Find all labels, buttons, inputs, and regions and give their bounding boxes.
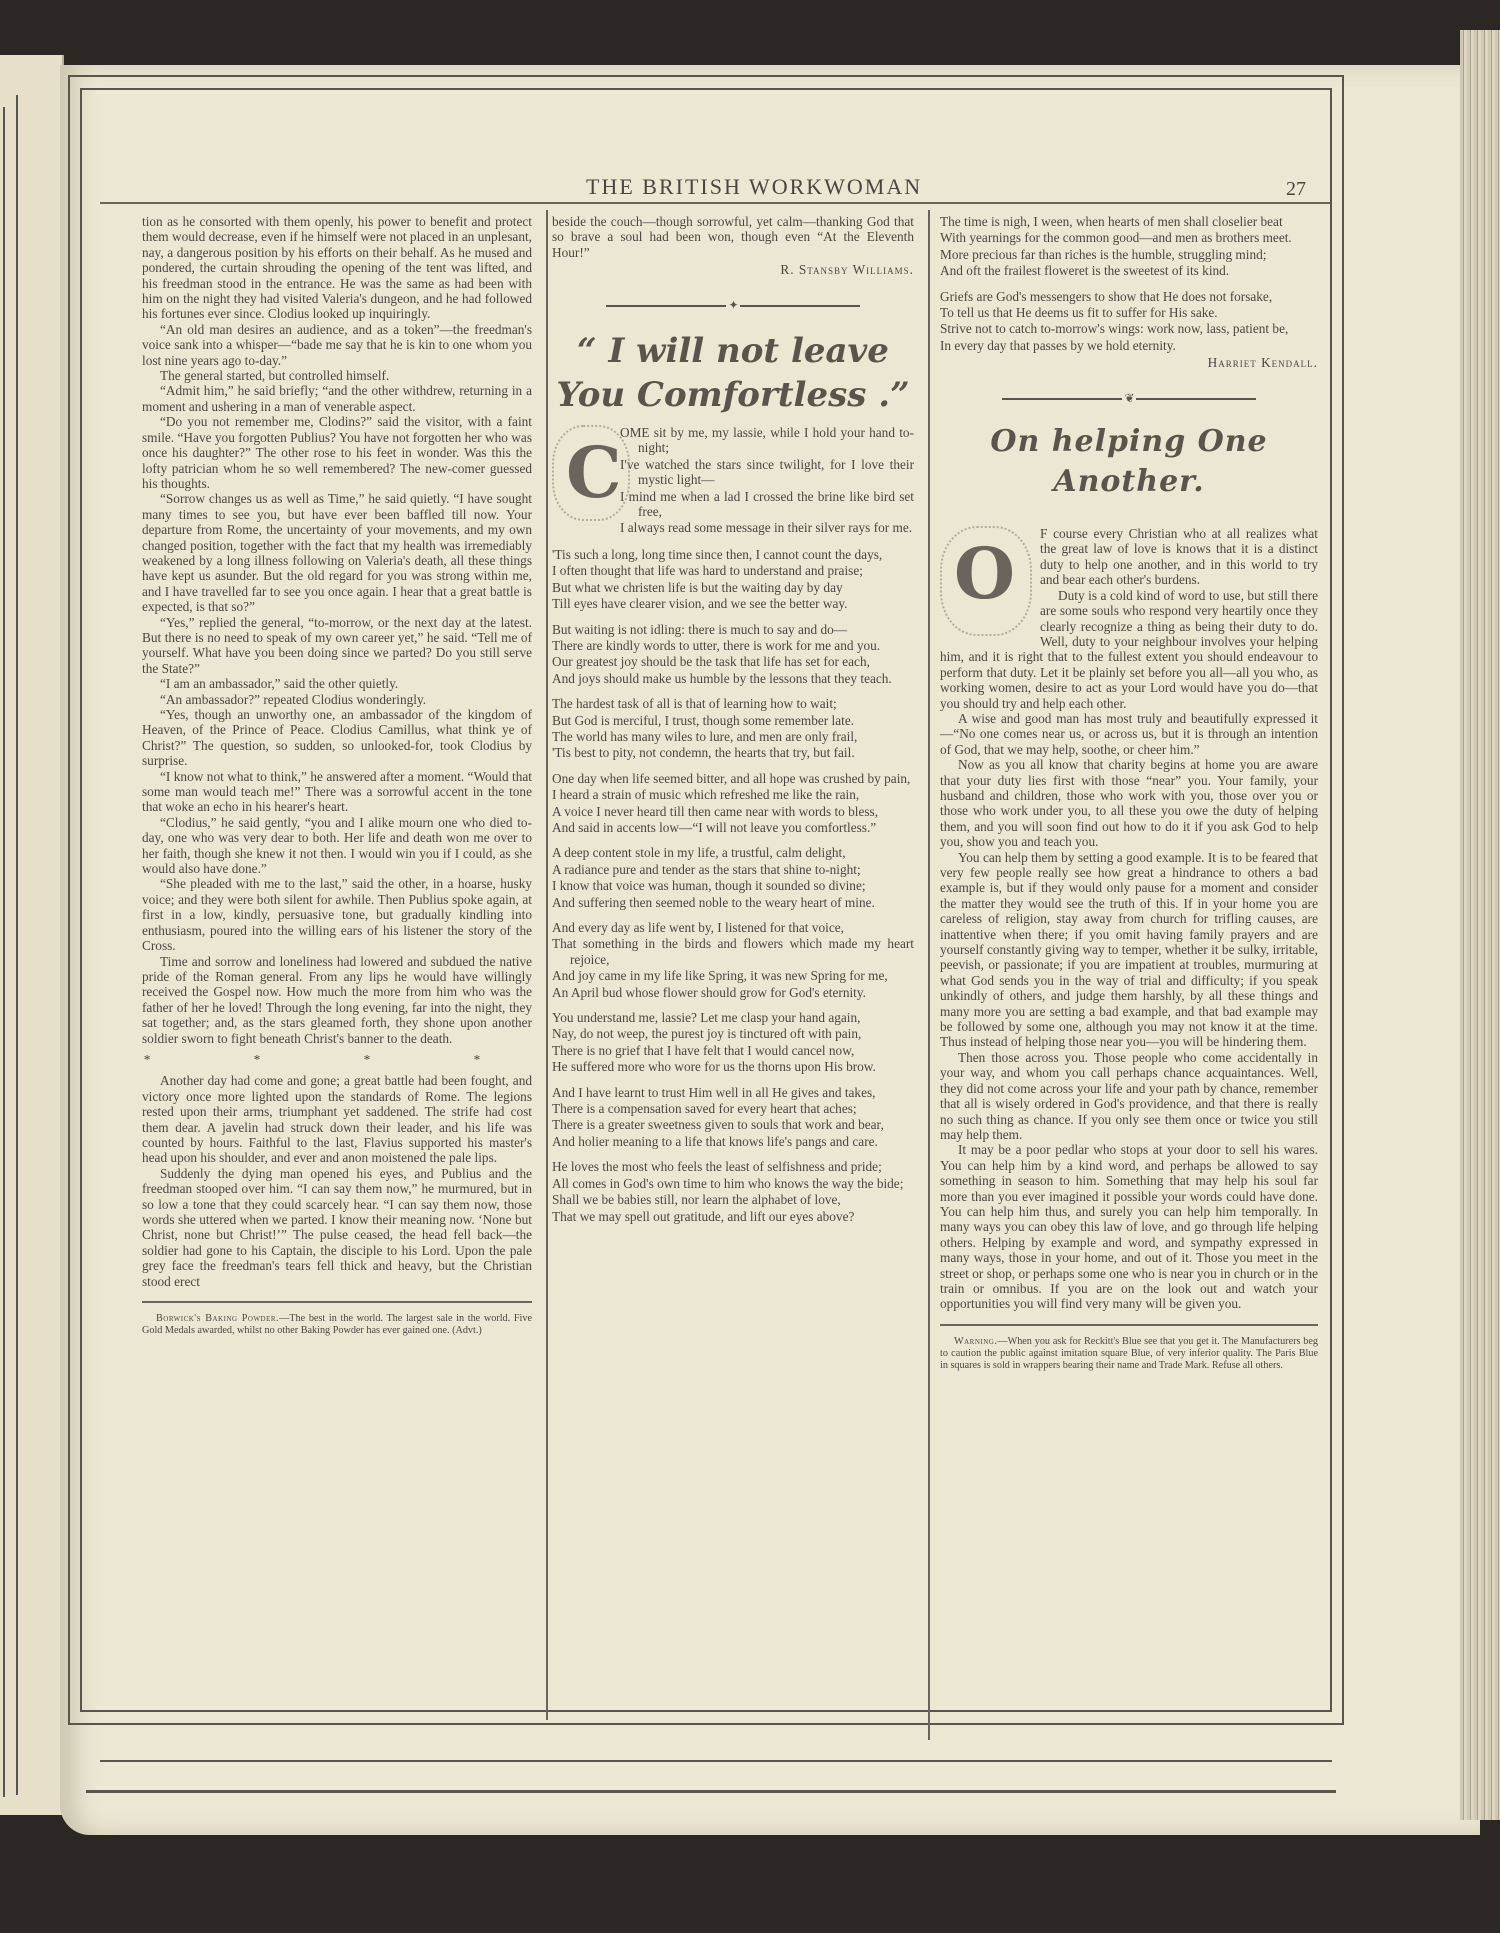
- column-divider: [928, 210, 930, 1740]
- paragraph: You can help them by setting a good exam…: [940, 850, 1318, 1050]
- poem-title: “ I will not leave You Comfortless .”: [552, 329, 914, 417]
- facing-page-rule: [0, 107, 5, 1797]
- paragraph: “I am an ambassador,” said the other qui…: [142, 676, 532, 691]
- advert-divider: [940, 1324, 1318, 1326]
- paragraph: “Yes,” replied the general, “to-morrow, …: [142, 615, 532, 677]
- paragraph: Now as you all know that charity begins …: [940, 757, 1318, 849]
- paragraph: Then those across you. Those people who …: [940, 1050, 1318, 1142]
- essay-title: On helping One Another.: [940, 422, 1318, 502]
- paragraph: It may be a poor pedlar who stops at you…: [940, 1142, 1318, 1311]
- verse-line: There is a compensation saved for every …: [552, 1101, 914, 1116]
- verse-line: The world has many wiles to lure, and me…: [552, 729, 914, 744]
- verse-line: But waiting is not idling: there is much…: [552, 622, 914, 637]
- verse-line: A deep content stole in my life, a trust…: [552, 845, 914, 860]
- verse-line: There are kindly words to utter, there i…: [552, 638, 914, 653]
- verse-line: You understand me, lassie? Let me clasp …: [552, 1010, 914, 1025]
- verse-line: Griefs are God's messengers to show that…: [940, 289, 1318, 304]
- column-divider: [546, 210, 548, 1720]
- page-number: 27: [1286, 178, 1306, 201]
- verse-line: Nay, do not weep, the purest joy is tinc…: [552, 1026, 914, 1041]
- verse-line: All comes in God's own time to him who k…: [552, 1176, 914, 1191]
- verse-line: Strive not to catch to-morrow's wings: w…: [940, 321, 1318, 336]
- column-essay: The time is nigh, I ween, when hearts of…: [940, 214, 1318, 1372]
- verse-line: 'Tis such a long, long time since then, …: [552, 547, 914, 562]
- verse-line: A radiance pure and tender as the stars …: [552, 862, 914, 877]
- verse-line: And joy came in my life like Spring, it …: [552, 968, 914, 983]
- verse-line: That we may spell out gratitude, and lif…: [552, 1209, 914, 1224]
- verse-line: Till eyes have clearer vision, and we se…: [552, 596, 914, 611]
- ornamental-divider: ✦: [552, 298, 914, 313]
- verse-line: And holier meaning to a life that knows …: [552, 1134, 914, 1149]
- facing-page-edge: [0, 55, 64, 1815]
- verse-line: A voice I never heard till then came nea…: [552, 804, 914, 819]
- verse-line: With yearnings for the common good—and m…: [940, 230, 1318, 245]
- paragraph: “I know not what to think,” he answered …: [142, 769, 532, 815]
- verse-line: In every day that passes by we hold eter…: [940, 338, 1318, 353]
- verse-line: More precious far than riches is the hum…: [940, 247, 1318, 262]
- paragraph: Suddenly the dying man opened his eyes, …: [142, 1166, 532, 1289]
- verse-line: Shall we be babies still, nor learn the …: [552, 1192, 914, 1207]
- page-stack-edges: [1460, 30, 1500, 1820]
- advert-reckitts-blue: Warning.—When you ask for Reckitt's Blue…: [940, 1336, 1318, 1372]
- verse-line: That something in the birds and flowers …: [552, 936, 914, 967]
- paragraph: A wise and good man has most truly and b…: [940, 711, 1318, 757]
- paragraph: “An old man desires an audience, and as …: [142, 322, 532, 368]
- verse-line: The hardest task of all is that of learn…: [552, 696, 914, 711]
- bottom-rule-outer: [86, 1790, 1336, 1793]
- paragraph: “An ambassador?” repeated Clodius wonder…: [142, 692, 532, 707]
- paragraph: “Do you not remember me, Clodins?” said …: [142, 414, 532, 491]
- verse-line: But God is merciful, I trust, though som…: [552, 713, 914, 728]
- verse-line: He suffered more who wore for us the tho…: [552, 1059, 914, 1074]
- paragraph: “Yes, though an unworthy one, an ambassa…: [142, 707, 532, 769]
- paragraph: Time and sorrow and loneliness had lower…: [142, 954, 532, 1046]
- verse-line: 'Tis best to pity, not condemn, the hear…: [552, 745, 914, 760]
- verse-line: There is no grief that I have felt that …: [552, 1043, 914, 1058]
- story-conclusion: beside the couch—though sorrowful, yet c…: [552, 214, 914, 260]
- poem-body: C OME sit by me, my lassie, while I hold…: [552, 425, 914, 1224]
- dropcap-letter: O: [954, 536, 1015, 612]
- paragraph: “Admit him,” he said briefly; “and the o…: [142, 383, 532, 414]
- advert-baking-powder: Borwick's Baking Powder.—The best in the…: [142, 1313, 532, 1337]
- paragraph: The general started, but controlled hims…: [142, 368, 532, 383]
- verse-line: And I have learnt to trust Him well in a…: [552, 1085, 914, 1100]
- advert-lead: Warning.: [954, 1336, 997, 1347]
- publication-title: THE BRITISH WORKWOMAN: [586, 174, 922, 200]
- verse-line: And oft the frailest floweret is the swe…: [940, 263, 1318, 278]
- verse-line: To tell us that He deems us fit to suffe…: [940, 305, 1318, 320]
- poem-author: Harriet Kendall.: [940, 355, 1318, 370]
- verse-line: And every day as life went by, I listene…: [552, 920, 914, 935]
- paragraph: “Clodius,” he said gently, “you and I al…: [142, 815, 532, 877]
- column-story: tion as he consorted with them openly, h…: [142, 214, 532, 1337]
- illuminated-dropcap: C: [552, 425, 630, 521]
- masthead: THE BRITISH WORKWOMAN 27: [100, 172, 1330, 204]
- verse-line: Our greatest joy should be the task that…: [552, 654, 914, 669]
- paragraph: Another day had come and gone; a great b…: [142, 1073, 532, 1165]
- paragraph: “She pleaded with me to the last,” said …: [142, 876, 532, 953]
- story-author: R. Stansby Williams.: [552, 262, 914, 277]
- illuminated-dropcap: O: [940, 526, 1032, 636]
- verse-line: One day when life seemed bitter, and all…: [552, 771, 914, 786]
- section-break-asterisks: * * * *: [142, 1052, 532, 1067]
- verse-line: I heard a strain of music which refreshe…: [552, 787, 914, 802]
- advert-lead: Borwick's Baking Powder.: [156, 1313, 279, 1324]
- advert-text: —When you ask for Reckitt's Blue see tha…: [940, 1336, 1318, 1371]
- column-poem: beside the couch—though sorrowful, yet c…: [552, 214, 914, 1225]
- verse-line: And joys should make us humble by the le…: [552, 671, 914, 686]
- verse-line: An April bud whose flower should grow fo…: [552, 985, 914, 1000]
- dropcap-letter: C: [566, 435, 622, 511]
- verse-line: I often thought that life was hard to un…: [552, 563, 914, 578]
- verse-line: There is a greater sweetness given to so…: [552, 1117, 914, 1132]
- bottom-rule: [100, 1760, 1332, 1762]
- advert-divider: [142, 1301, 532, 1303]
- verse-line: And said in accents low—“I will not leav…: [552, 820, 914, 835]
- ornamental-divider: ❦: [940, 391, 1318, 406]
- verse-line: He loves the most who feels the least of…: [552, 1159, 914, 1174]
- paragraph: tion as he consorted with them openly, h…: [142, 214, 532, 322]
- verse-line: And suffering then seemed noble to the w…: [552, 895, 914, 910]
- verse-line: I always read some message in their silv…: [552, 520, 914, 535]
- paragraph: “Sorrow changes us as well as Time,” he …: [142, 491, 532, 614]
- verse-line: But what we christen life is but the wai…: [552, 580, 914, 595]
- verse-line: I know that voice was human, though it s…: [552, 878, 914, 893]
- verse-line: The time is nigh, I ween, when hearts of…: [940, 214, 1318, 229]
